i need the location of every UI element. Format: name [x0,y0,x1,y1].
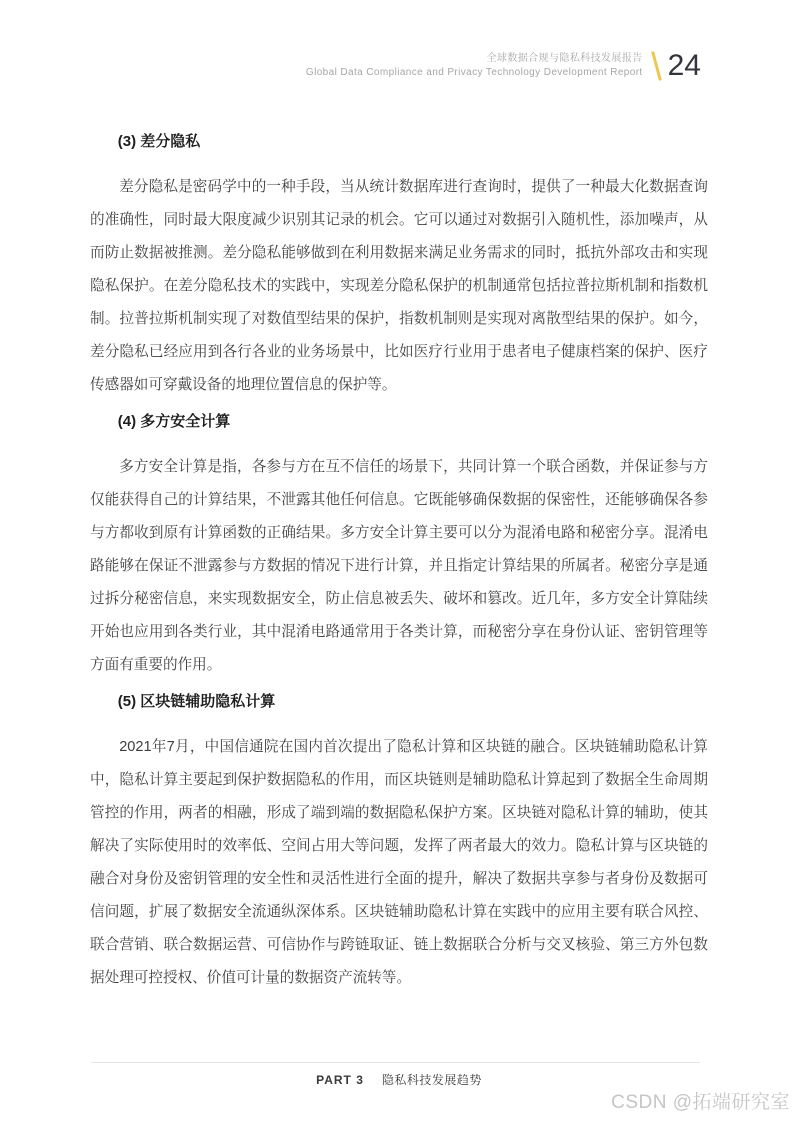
section-paragraph: 2021年7月，中国信通院在国内首次提出了隐私计算和区块链的融合。区块链辅助隐私… [90,731,708,995]
footer-part-label: PART 3 [316,1073,364,1087]
section-paragraph: 多方安全计算是指，各参与方在互不信任的场景下，共同计算一个联合函数，并保证参与方… [90,451,708,682]
section-secure-multiparty-computation: (4) 多方安全计算 多方安全计算是指，各参与方在互不信任的场景下，共同计算一个… [90,411,708,682]
page-number: 24 [668,50,701,82]
page-footer: PART 3隐私科技发展趋势 [90,1071,708,1088]
accent-slash-divider [651,51,662,81]
section-heading: (5) 区块链辅助隐私计算 [90,691,708,712]
document-body: (3) 差分隐私 差分隐私是密码学中的一种手段，当从统计数据库进行查询时，提供了… [90,131,708,1004]
csdn-watermark: CSDN @拓端研究室 [611,1087,790,1114]
footer-part-title: 隐私科技发展趋势 [382,1073,482,1087]
section-paragraph: 差分隐私是密码学中的一种手段，当从统计数据库进行查询时，提供了一种最大化数据查询… [90,171,708,402]
section-differential-privacy: (3) 差分隐私 差分隐私是密码学中的一种手段，当从统计数据库进行查询时，提供了… [90,131,708,402]
section-heading: (4) 多方安全计算 [90,411,708,432]
report-title: 全球数据合规与隐私科技发展报告 Global Data Compliance a… [306,52,643,80]
footer-divider [91,1062,700,1063]
page-header: 全球数据合规与隐私科技发展报告 Global Data Compliance a… [306,50,701,82]
report-page: 全球数据合规与隐私科技发展报告 Global Data Compliance a… [0,0,793,1122]
section-heading: (3) 差分隐私 [90,131,708,152]
report-title-zh: 全球数据合规与隐私科技发展报告 [306,52,643,66]
section-blockchain-assisted-privacy-computing: (5) 区块链辅助隐私计算 2021年7月，中国信通院在国内首次提出了隐私计算和… [90,691,708,995]
report-title-en: Global Data Compliance and Privacy Techn… [306,66,643,80]
